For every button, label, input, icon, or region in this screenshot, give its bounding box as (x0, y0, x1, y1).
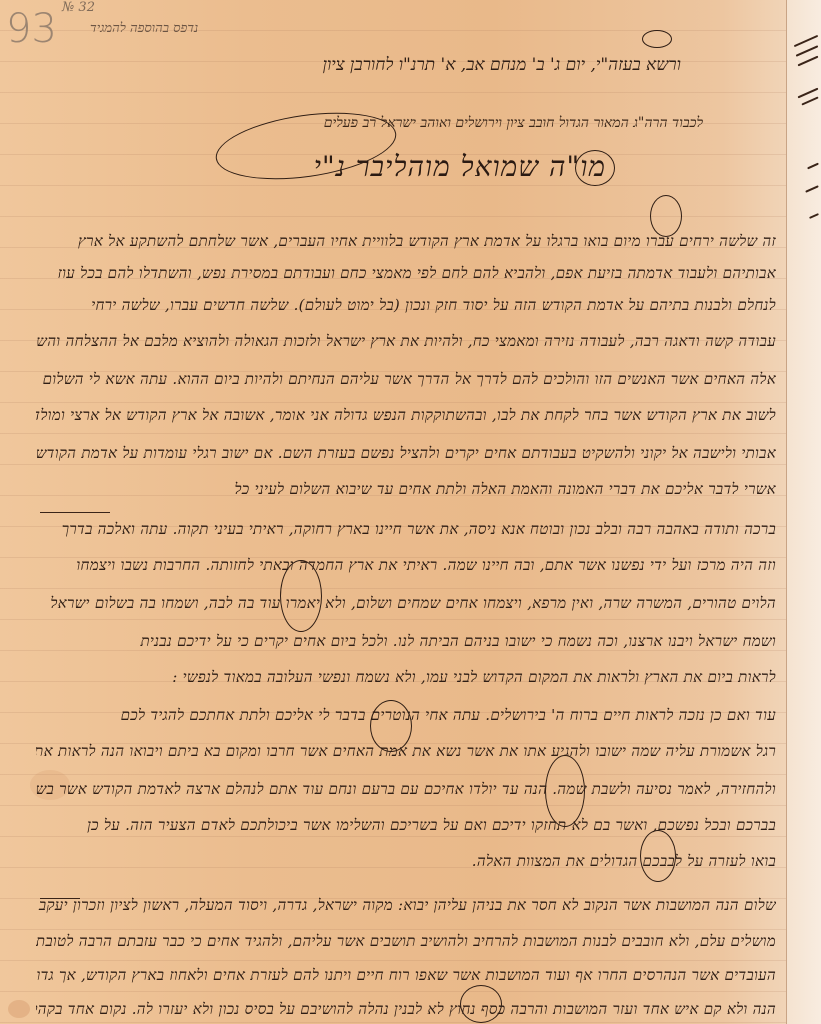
ink-flourish (370, 700, 412, 752)
body-line: אשרי לדבר אליכם את דברי האמונה והאמת האל… (136, 480, 776, 499)
torn-paper-strip (786, 0, 821, 1024)
ink-flourish (545, 755, 585, 827)
body-line: ברכה ותודה באהבה רבה ובלב נכון ובוטח אנא… (36, 520, 776, 539)
document-page: 93 № 32 נדפס בהוספה להמגיד ורשא בעזה"י, … (0, 0, 821, 1024)
ink-underline (40, 512, 110, 513)
body-line: לראות ביום את הארץ ולראות את המקום הקדוש… (36, 668, 776, 687)
body-line: וזה היה מרכז ועל ידי נפשנו אשר אתם, ובה … (36, 556, 776, 575)
catalog-number: № 32 (62, 0, 95, 15)
ink-flourish (650, 195, 682, 237)
body-line: לנחלם ולבנות בתיהם על אדמת הקודש הזה על … (36, 296, 776, 315)
body-line: מושלים עלם, ולא חובבים לבנות המושבות להר… (36, 932, 776, 951)
ink-mark (801, 96, 818, 105)
print-note: נדפס בהוספה להמגיד (90, 20, 198, 36)
ink-mark (805, 185, 819, 193)
body-line: אבותיהם ולעבוד אדמתה בזיעת אפם, ולהביא ל… (36, 264, 776, 283)
body-line: העובדים אשר הנהרסים החרו אף ועוד המושבות… (36, 966, 776, 985)
body-line: עבודה קשה ודאגה רבה, לעבודה נזירה ומאמצי… (36, 332, 776, 351)
body-line: ולהחזירה, לאמר נסיעה ולשבת שמה. הנה עד י… (36, 780, 776, 799)
body-line: שלום הנה המושבות אשר הנקוב לא חסר את בני… (36, 896, 776, 915)
body-line: אבותי ולישבה אל יקוני ולהשקיט בעבודתם אח… (36, 444, 776, 463)
body-line: רגל אשמורת עליה שמה ישובו ולהגיע אתו את … (36, 742, 776, 761)
ink-mark (796, 45, 819, 57)
body-line: ושמח ישראל ויבנו ארצנו, וכה נשמח כי ישוב… (36, 632, 776, 651)
body-line: אלה האחים אשר האנשים הזו והולכים להם לדר… (36, 370, 776, 389)
body-line: בואו לעזרה על לבבכם הגדולים את המצוות הא… (376, 852, 776, 871)
ink-flourish (280, 560, 322, 632)
ink-mark (798, 56, 819, 67)
body-line: הלוים טהורים, המשרה שרה, ואין מרפא, ויצמ… (36, 594, 776, 613)
body-line: לשוב את ארץ הקודש אשר בחר לקחת את לבו, ו… (36, 406, 776, 425)
ink-flourish (460, 985, 502, 1023)
ink-flourish (640, 830, 676, 882)
body-line: הנה ולא קם איש אחד ועזר המושבות והרבה כס… (36, 1000, 776, 1019)
signature-flourish (575, 150, 615, 186)
date-line: ורשא בעזה"י, יום ג' ב' מנחם אב, א' תרנ"ו… (323, 55, 681, 75)
ink-mark (807, 163, 819, 170)
folio-number: 93 (6, 6, 57, 52)
paper-stain (8, 1000, 30, 1018)
date-flourish (642, 30, 672, 48)
ink-mark (809, 213, 819, 219)
ink-underline (40, 898, 80, 899)
